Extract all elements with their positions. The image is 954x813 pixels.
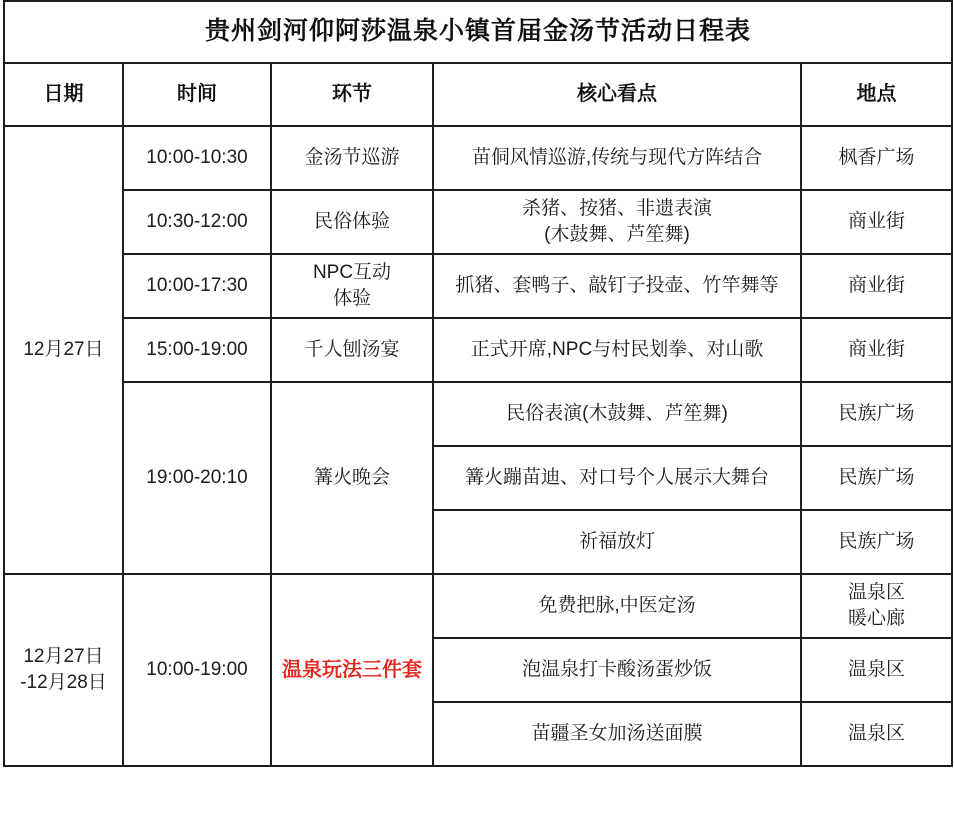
location-cell: 商业街 [801, 254, 952, 318]
location-cell: 枫香广场 [801, 126, 952, 190]
highlight-cell: 杀猪、按猪、非遗表演 (木鼓舞、芦笙舞) [433, 190, 801, 254]
highlight-cell: 正式开席,NPC与村民划拳、对山歌 [433, 318, 801, 382]
page-title: 贵州剑河仰阿莎温泉小镇首届金汤节活动日程表 [4, 1, 952, 63]
title-row: 贵州剑河仰阿莎温泉小镇首届金汤节活动日程表 [4, 1, 952, 63]
table-row: 10:00-17:30 NPC互动 体验 抓猪、套鸭子、敲钉子投壶、竹竿舞等 商… [4, 254, 952, 318]
highlight-cell: 篝火蹦苗迪、对口号个人展示大舞台 [433, 446, 801, 510]
schedule-table: 贵州剑河仰阿莎温泉小镇首届金汤节活动日程表 日期 时间 环节 核心看点 地点 1… [3, 0, 953, 767]
date-cell: 12月27日 [4, 126, 123, 574]
column-header-highlight: 核心看点 [433, 63, 801, 126]
highlight-cell: 免费把脉,中医定汤 [433, 574, 801, 638]
table-row: 19:00-20:10 篝火晚会 民俗表演(木鼓舞、芦笙舞) 民族广场 [4, 382, 952, 446]
highlight-cell: 祈福放灯 [433, 510, 801, 574]
location-cell: 民族广场 [801, 382, 952, 446]
highlight-cell: 苗疆圣女加汤送面膜 [433, 702, 801, 766]
column-header-row: 日期 时间 环节 核心看点 地点 [4, 63, 952, 126]
schedule-page: 贵州剑河仰阿莎温泉小镇首届金汤节活动日程表 日期 时间 环节 核心看点 地点 1… [0, 0, 954, 813]
segment-cell: NPC互动 体验 [271, 254, 433, 318]
segment-cell: 民俗体验 [271, 190, 433, 254]
table-row: 12月27日 -12月28日 10:00-19:00 温泉玩法三件套 免费把脉,… [4, 574, 952, 638]
location-cell: 温泉区 [801, 702, 952, 766]
table-row: 10:30-12:00 民俗体验 杀猪、按猪、非遗表演 (木鼓舞、芦笙舞) 商业… [4, 190, 952, 254]
time-cell: 19:00-20:10 [123, 382, 271, 574]
highlight-cell: 抓猪、套鸭子、敲钉子投壶、竹竿舞等 [433, 254, 801, 318]
segment-cell: 篝火晚会 [271, 382, 433, 574]
location-cell: 温泉区 暖心廊 [801, 574, 952, 638]
table-row: 12月27日 10:00-10:30 金汤节巡游 苗侗风情巡游,传统与现代方阵结… [4, 126, 952, 190]
highlight-cell: 苗侗风情巡游,传统与现代方阵结合 [433, 126, 801, 190]
location-cell: 民族广场 [801, 446, 952, 510]
column-header-location: 地点 [801, 63, 952, 126]
highlight-cell: 民俗表演(木鼓舞、芦笙舞) [433, 382, 801, 446]
time-cell: 10:30-12:00 [123, 190, 271, 254]
time-cell: 10:00-19:00 [123, 574, 271, 766]
date-cell: 12月27日 -12月28日 [4, 574, 123, 766]
location-cell: 民族广场 [801, 510, 952, 574]
column-header-time: 时间 [123, 63, 271, 126]
highlight-cell: 泡温泉打卡酸汤蛋炒饭 [433, 638, 801, 702]
time-cell: 15:00-19:00 [123, 318, 271, 382]
location-cell: 商业街 [801, 318, 952, 382]
segment-cell: 金汤节巡游 [271, 126, 433, 190]
table-row: 15:00-19:00 千人刨汤宴 正式开席,NPC与村民划拳、对山歌 商业街 [4, 318, 952, 382]
column-header-segment: 环节 [271, 63, 433, 126]
segment-cell-hot-spring-combo: 温泉玩法三件套 [271, 574, 433, 766]
column-header-date: 日期 [4, 63, 123, 126]
location-cell: 商业街 [801, 190, 952, 254]
location-cell: 温泉区 [801, 638, 952, 702]
time-cell: 10:00-10:30 [123, 126, 271, 190]
segment-cell: 千人刨汤宴 [271, 318, 433, 382]
time-cell: 10:00-17:30 [123, 254, 271, 318]
